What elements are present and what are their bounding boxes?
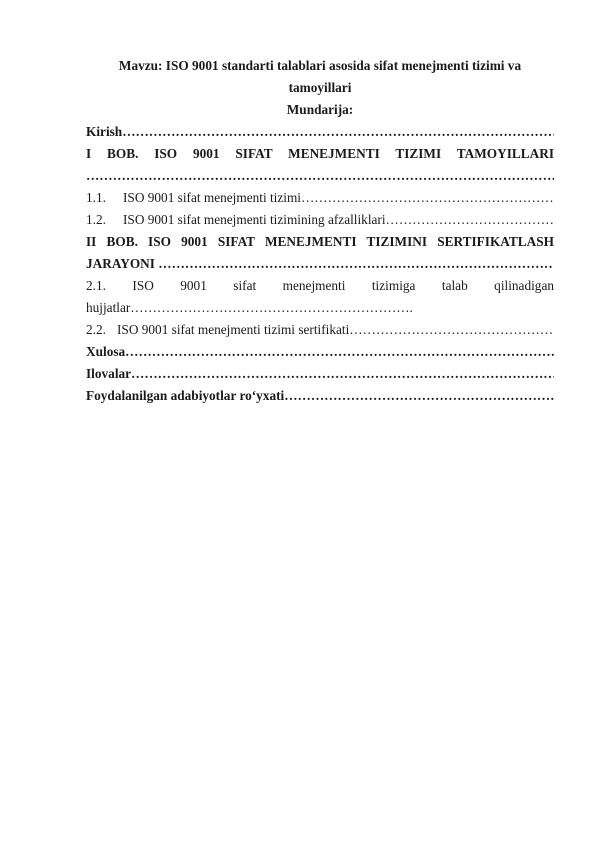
toc-item-chapter-1[interactable]: I BOB. ISO 9001 SIFAT MENEJMENTI TIZIMI … bbox=[86, 143, 554, 165]
toc-item-1-2[interactable]: 1.2.ISO 9001 sifat menejmenti tizimining… bbox=[86, 209, 554, 231]
toc-number: 1.2. bbox=[86, 209, 123, 231]
document-page: Mavzu: ISO 9001 standarti talablari asos… bbox=[86, 55, 554, 407]
toc-heading: Mundarija: bbox=[86, 99, 554, 121]
toc-number: 2.2. bbox=[86, 319, 117, 341]
toc-text: ISO 9001 sifat menejmenti tizimining afz… bbox=[123, 212, 554, 227]
toc-number: 1.1. bbox=[86, 187, 123, 209]
document-title-line1: Mavzu: ISO 9001 standarti talablari asos… bbox=[86, 55, 554, 77]
toc-item-1-1[interactable]: 1.1.ISO 9001 sifat menejmenti tizimi…………… bbox=[86, 187, 554, 209]
toc-item-xulosa[interactable]: Xulosa…………………………………………………………………………………………… bbox=[86, 341, 554, 363]
toc-item-chapter-1-dots: …………………………………………………………………………………………………………… bbox=[86, 165, 554, 187]
toc-item-chapter-2[interactable]: II BOB. ISO 9001 SIFAT MENEJMENTI TIZIMI… bbox=[86, 231, 554, 253]
toc-item-ilovalar[interactable]: Ilovalar……………………………………………………………………………………… bbox=[86, 363, 554, 385]
toc-text: ISO 9001 sifat menejmenti tizimi……………………… bbox=[123, 190, 554, 205]
document-title-line2: tamoyillari bbox=[86, 77, 554, 99]
toc-item-2-1[interactable]: 2.1. ISO 9001 sifat menejmenti tizimiga … bbox=[86, 275, 554, 297]
toc-item-chapter-2-cont: JARAYONI …………………………………………………………………………………… bbox=[86, 253, 554, 275]
toc-item-2-1-cont: hujjatlar………………………………………………………. bbox=[86, 297, 554, 319]
toc-item-2-2[interactable]: 2.2.ISO 9001 sifat menejmenti tizimi ser… bbox=[86, 319, 554, 341]
toc-item-references[interactable]: Foydalanilgan adabiyotlar ro‘yxati………………… bbox=[86, 385, 554, 407]
toc-text: ISO 9001 sifat menejmenti tizimi sertifi… bbox=[117, 322, 554, 337]
toc-item-kirish[interactable]: Kirish…………………………………………………………………………………………… bbox=[86, 121, 554, 143]
